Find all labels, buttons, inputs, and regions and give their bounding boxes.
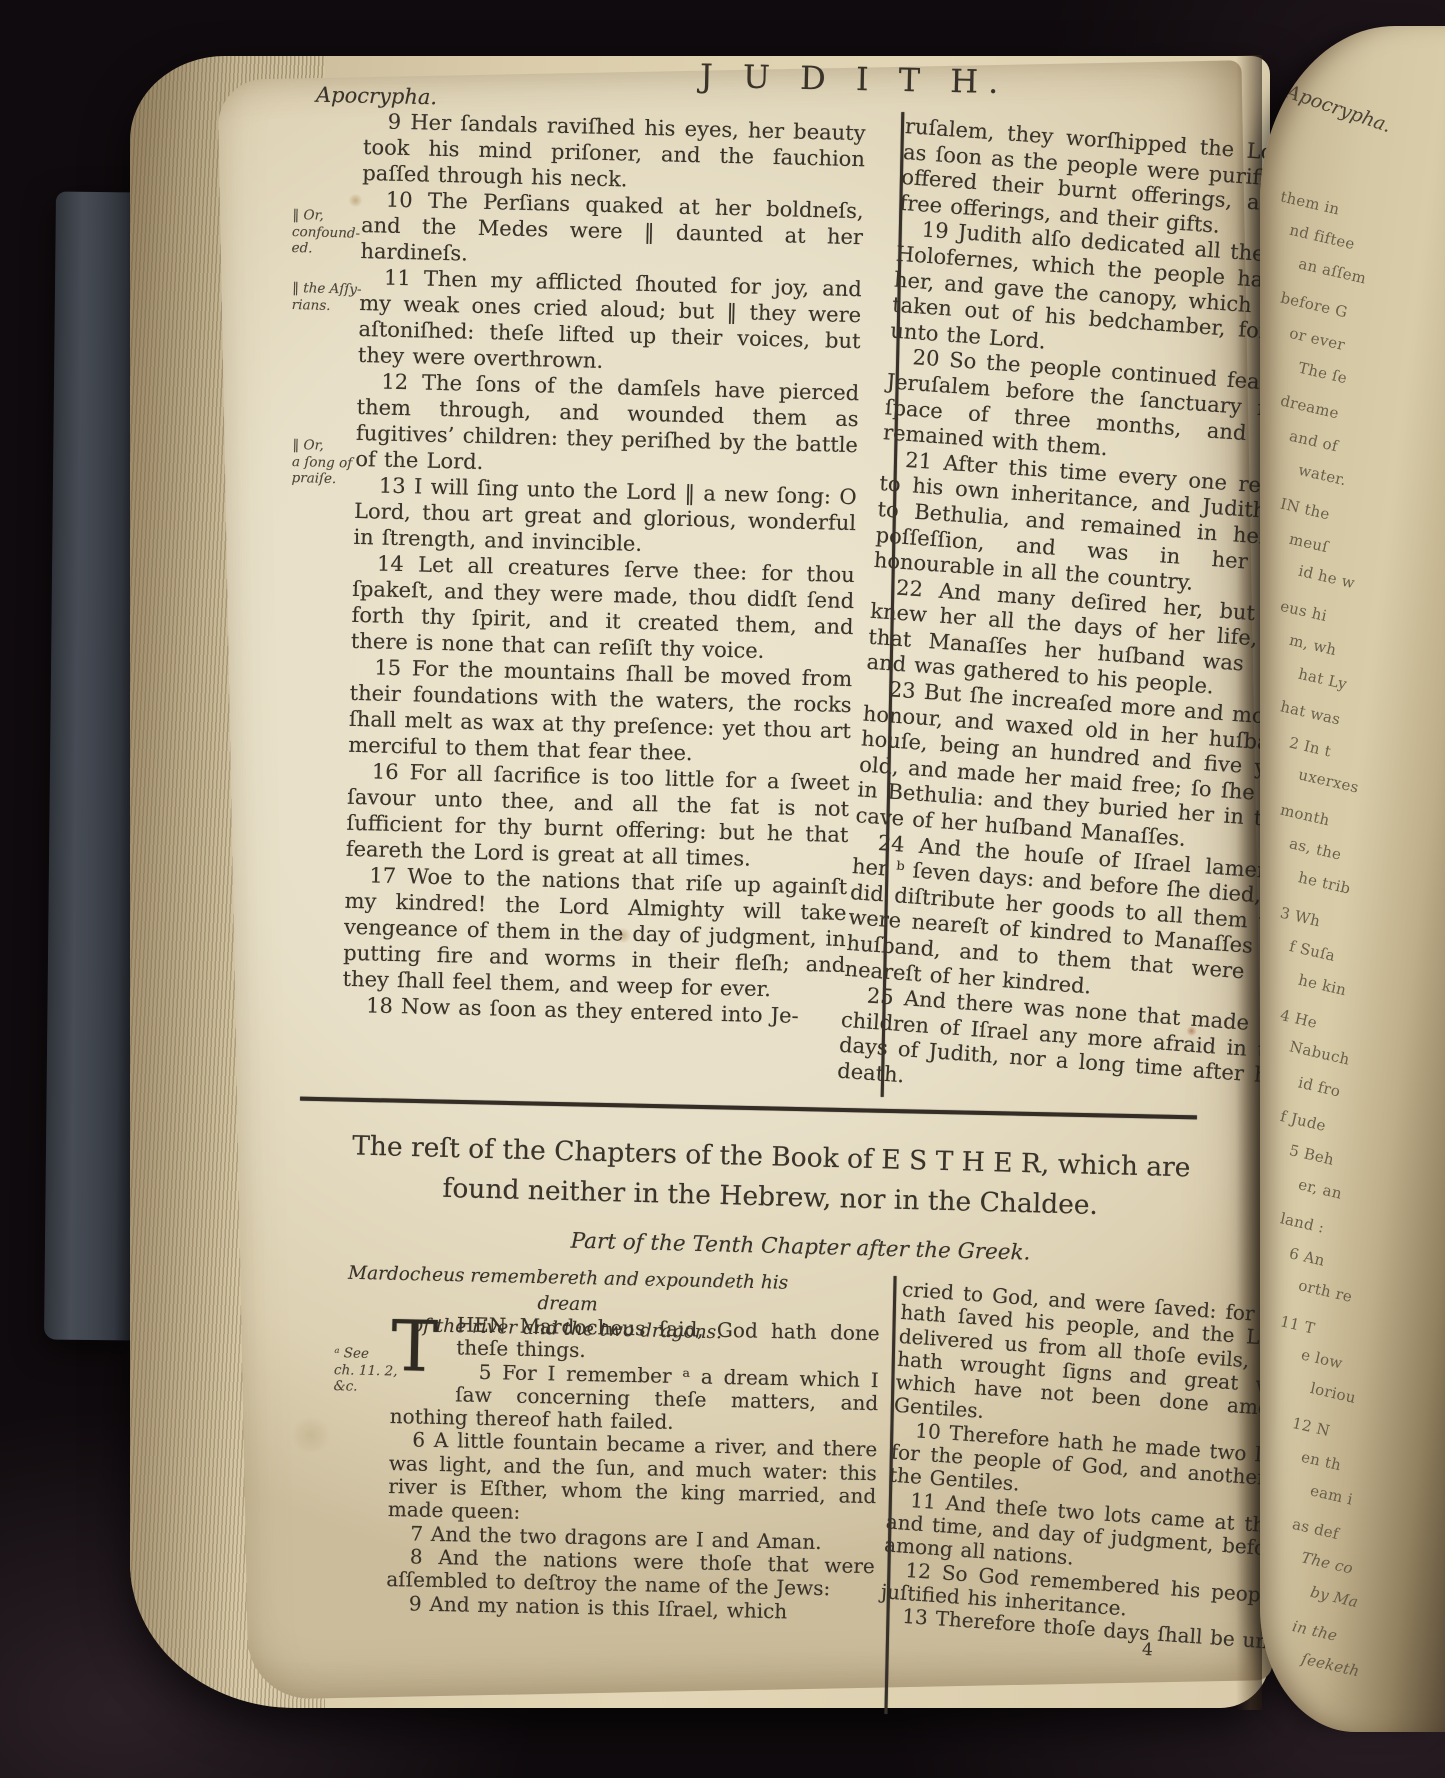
verse-text: HEN Mardocheus ſaid, God hath done theſe…: [456, 1312, 880, 1362]
next-page-text-fragment: he trib: [1297, 868, 1353, 897]
next-page-text-fragment: hat Ly: [1297, 665, 1349, 694]
next-page-text-fragment: hat was: [1279, 697, 1342, 728]
next-page-text-fragment: id he w: [1297, 562, 1357, 592]
next-page-text-fragment: id fro: [1297, 1073, 1343, 1100]
next-page-text-fragment: f Suſa: [1288, 937, 1337, 965]
next-page-text-fragment: Nabuch: [1288, 1037, 1352, 1068]
verse-paragraph: 9 Her ſandals raviſhed his eyes, her bea…: [362, 108, 866, 198]
next-page-text-fragment: dreame: [1279, 392, 1341, 423]
next-page-text-fragment: before G: [1279, 289, 1350, 322]
next-page-text-fragment: he kin: [1297, 971, 1348, 999]
verse-paragraph: 14 Let all creatures ſerve thee: for tho…: [351, 550, 855, 666]
next-page-text-fragment: 6 An: [1287, 1244, 1326, 1270]
running-title-left: Apocrypha.: [316, 83, 438, 110]
next-page-text-fragment: ſeeketh: [1300, 1650, 1362, 1681]
next-page-text-fragment: land :: [1279, 1209, 1327, 1237]
next-page-text-fragment: The ſe: [1297, 359, 1349, 388]
next-page-text-fragment: m, wh: [1288, 631, 1339, 659]
next-page-text-fragment: The co: [1300, 1548, 1355, 1577]
verse-paragraph: 17 Woe to the nations that riſe up again…: [342, 862, 847, 1004]
next-page-text-fragment: or ever: [1288, 324, 1347, 354]
next-page-text-fragment: 12 N: [1290, 1414, 1331, 1440]
verse-paragraph: 6 A little fountain became a river, and …: [388, 1428, 878, 1531]
next-page-text-fragment: uxerxes: [1297, 765, 1361, 796]
esther-left-column: THEN Mardocheus ſaid, God hath done theſ…: [386, 1312, 880, 1625]
verse-paragraph: 10 The Perſians quaked at her boldneſs, …: [360, 186, 864, 276]
next-page-text-fragment: an aſſem: [1297, 254, 1368, 287]
next-page-text-fragment: meuſ: [1287, 530, 1330, 556]
next-page-text-fragment: as def: [1291, 1515, 1341, 1543]
page-title: J U D I T H.: [700, 57, 1009, 101]
next-page-text-fragment: 2 In t: [1288, 733, 1333, 760]
next-page-text-fragment: IN the: [1279, 495, 1332, 524]
judith-left-column: 9 Her ſandals raviſhed his eyes, her bea…: [342, 108, 866, 1030]
next-page-text-fragment: orth re: [1297, 1276, 1354, 1306]
verse-paragraph: 13 I will ſing unto the Lord ‖ a new ſon…: [353, 472, 857, 562]
next-page-text-fragment: e low: [1300, 1346, 1345, 1373]
next-page-text-fragment: in the: [1291, 1617, 1339, 1645]
next-page-text-fragment: loriou: [1309, 1379, 1358, 1407]
verse-paragraph: 11 Then my afflicted ſhouted for joy, an…: [358, 264, 862, 380]
next-page-text-fragment: water.: [1297, 461, 1349, 490]
next-page-text-fragment: them in: [1279, 187, 1342, 218]
next-page-text-fragment: en th: [1299, 1448, 1343, 1475]
next-page-text-fragment: 5 Beh: [1288, 1141, 1336, 1169]
next-page-text-fragment: eam i: [1309, 1481, 1355, 1508]
next-page-text-fragment: 11 T: [1278, 1312, 1316, 1337]
verse-paragraph: 5 For I remember ᵃ a dream which I ſaw c…: [390, 1359, 879, 1439]
book-photograph: { "book": { "header": { "left_running_ti…: [0, 0, 1445, 1778]
verse-paragraph: 16 For all ſacrifice is too little for a…: [346, 758, 850, 874]
verse-paragraph: 12 The ſons of the damſels have pierced …: [355, 368, 859, 484]
next-page-text-fragment: nd fiftee: [1288, 221, 1357, 253]
next-page-text-fragment: month: [1279, 801, 1332, 830]
next-page-text-fragment: and of: [1288, 427, 1340, 456]
next-page-text-fragment: f Jude: [1279, 1107, 1328, 1135]
running-title-next-page: Apocrypha.: [1283, 81, 1394, 137]
next-page-text-fragment: by Ma: [1309, 1583, 1360, 1611]
next-page-text-fragment: as, the: [1288, 834, 1344, 863]
next-page-text-fragment: 3 Wh: [1278, 904, 1322, 931]
verse-paragraph: 15 For the mountains ſhall be moved from…: [348, 654, 852, 770]
next-page-text-fragment: eus hi: [1279, 597, 1329, 625]
drop-cap-initial: T: [391, 1317, 448, 1384]
next-page-text-fragment: 4 He: [1278, 1006, 1319, 1032]
book-cover-board-edge: [44, 192, 144, 1341]
signature-mark: 4: [1141, 1640, 1153, 1661]
next-page-text-fragment: er, an: [1297, 1175, 1344, 1203]
next-page-edge: Apocrypha. them innd fifteean aſſembefor…: [1260, 26, 1445, 1732]
foxing-spot: [288, 1418, 334, 1452]
